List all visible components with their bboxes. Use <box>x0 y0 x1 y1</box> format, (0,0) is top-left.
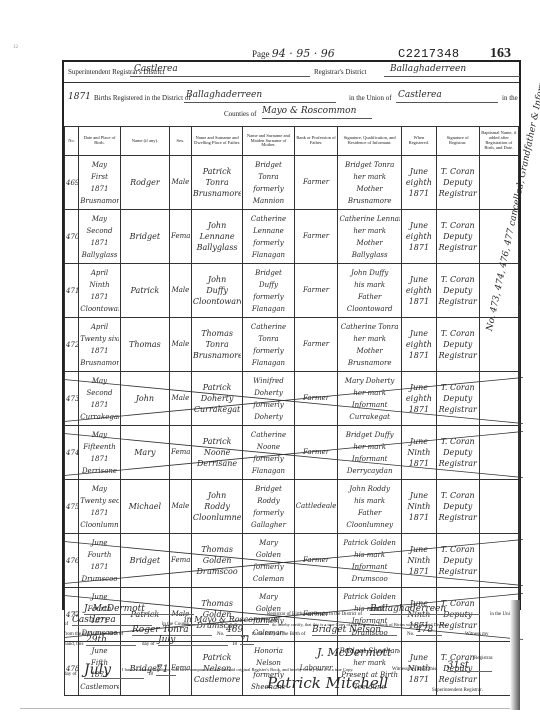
page-bottom-edge <box>20 708 520 709</box>
cert-to-name: Bridget Nelson <box>312 625 397 636</box>
birth-place: Derrisane <box>80 465 119 477</box>
column-headers: No.Date and Place of Birth.Name (if any)… <box>65 127 519 156</box>
cert-day: 29th <box>86 635 136 646</box>
cell-line: Registrar <box>438 350 478 361</box>
cell-line: Bridget Tonra <box>339 159 399 171</box>
cell-line: June <box>403 382 435 393</box>
cell-line: John <box>193 274 241 285</box>
birth-date-place: AprilNinth1871Cloontoward <box>79 264 121 318</box>
sex-text: Male <box>171 501 190 512</box>
entry-number: 475 <box>65 480 79 534</box>
cell-line: Duffy <box>193 285 241 296</box>
cert-district: Ballaghaderreen <box>370 604 480 615</box>
cell-line: 1871 <box>403 458 435 469</box>
registrar-signature: T. CoranDeputyRegistrar <box>436 318 479 372</box>
child-name: Mary <box>120 426 169 480</box>
cell-line: formerly <box>244 345 292 357</box>
column-header: Date and Place of Birth. <box>79 127 121 156</box>
cell-line: Second <box>80 387 119 399</box>
registrar-district-label: Registrar's District <box>314 68 366 76</box>
cell-line: April <box>80 321 119 333</box>
cell-line: Ballyglass <box>193 242 241 253</box>
mother: MaryGoldenformerlyColeman <box>243 534 294 588</box>
certificate-reference: C2217348 <box>398 47 460 61</box>
cell-line: T. Coran <box>438 328 478 339</box>
father-rank: Farmer <box>294 426 338 480</box>
cell-line: Catherine <box>244 429 292 441</box>
cell-line: her mark <box>339 171 399 183</box>
cell-line: Patrick <box>193 382 241 393</box>
cell-line: Golden <box>244 549 292 561</box>
baptismal-name <box>479 480 518 534</box>
cell-line: Noone <box>244 441 292 453</box>
father-rank: Farmer <box>294 318 338 372</box>
cell-line: 1871 <box>80 399 119 411</box>
child-name-text: Rodger <box>122 177 168 188</box>
cell-line: May <box>80 159 119 171</box>
cert-sup-year: 71 <box>156 664 176 676</box>
cell-line: John <box>193 490 241 501</box>
cell-line: Bridget <box>244 267 292 279</box>
cell-line: 1871 <box>403 296 435 307</box>
cell-line: T. Coran <box>438 382 478 393</box>
when-registered: Juneeighth1871 <box>401 264 436 318</box>
counties-label: Counties of <box>224 110 256 118</box>
births-registered-label: Births Registered in the District of <box>94 94 191 102</box>
entry-number: 469 <box>65 156 79 210</box>
cell-line: Doherty <box>193 393 241 404</box>
child-name: Rodger <box>120 156 169 210</box>
informant: John Duffyhis markFatherCloontoward <box>338 264 401 318</box>
cell-line: Informant <box>339 453 399 465</box>
cell-line: formerly <box>244 183 292 195</box>
cell-line: Derrycaydan <box>339 465 399 477</box>
birth-date-place: AprilTwenty sixth1871Brusnamore <box>79 318 121 372</box>
cell-line: John Duffy <box>339 267 399 279</box>
registrar-signature: T. CoranDeputyRegistrar <box>436 210 479 264</box>
cell-line: First <box>80 171 119 183</box>
cert-witness-label: Witness my <box>465 632 489 637</box>
cell-line: Drumscoo <box>193 566 241 577</box>
register-entry: 472AprilTwenty sixth1871BrusnamoreThomas… <box>65 318 519 372</box>
when-registered: Juneeighth1871 <box>401 156 436 210</box>
cell-line: his mark <box>339 549 399 561</box>
cell-line: T. Coran <box>438 220 478 231</box>
cert-registrar-signature: J. McDermott <box>317 646 437 659</box>
birth-date-place: MaySecond1871Ballyglass <box>79 210 121 264</box>
cell-line: Ninth <box>403 447 435 458</box>
cell-line: May <box>80 213 119 225</box>
cert-month: July <box>158 635 228 646</box>
sex: Female <box>170 534 192 588</box>
cell-line: Deputy <box>438 339 478 350</box>
cell-line: 1871 <box>403 188 435 199</box>
cell-line: T. Coran <box>438 490 478 501</box>
entry-number: 474 <box>65 426 79 480</box>
father-rank: Farmer <box>294 210 338 264</box>
cell-line: Patrick <box>193 166 241 177</box>
birth-register-form: Superintendent Registrar's District Cast… <box>62 60 521 610</box>
cell-line: June <box>403 328 435 339</box>
mother: BridgetRoddyformerlyGallagher <box>243 480 294 534</box>
cell-line: Derrisane <box>193 458 241 469</box>
child-name-text: Patrick <box>122 285 168 296</box>
cell-line: Fourth <box>80 549 119 561</box>
cell-line: 1871 <box>80 183 119 195</box>
cell-line: Patrick <box>193 436 241 447</box>
cell-line: Winifred <box>244 375 292 387</box>
entry-number: 472 <box>65 318 79 372</box>
cell-line: Thomas <box>193 544 241 555</box>
father: PatrickTonraBrusnamore <box>191 156 242 210</box>
when-registered: Juneeighth1871 <box>401 210 436 264</box>
cell-line: Twenty sixth <box>80 333 119 345</box>
sex-text: Female <box>171 231 190 242</box>
entry-number: 473 <box>65 372 79 426</box>
cell-line: T. Coran <box>438 436 478 447</box>
cell-line: Patrick Golden <box>339 591 399 603</box>
father: JohnRoddyCloonlumney <box>191 480 242 534</box>
when-registered: Juneeighth1871 <box>401 318 436 372</box>
rank-text: Farmer <box>296 339 337 350</box>
register-entry: 471AprilNinth1871CloontowardPatrickMaleJ… <box>65 264 519 318</box>
cell-line: eighth <box>403 285 435 296</box>
baptismal-name <box>479 426 518 480</box>
register-entry: 470MaySecond1871BallyglassBridgetFemaleJ… <box>65 210 519 264</box>
cell-line: Registrar <box>438 404 478 415</box>
cell-line: Flanagan <box>244 303 292 315</box>
father-rank: Farmer <box>294 534 338 588</box>
counties-value: Mayo & Roscommon <box>262 106 372 119</box>
cell-line: formerly <box>244 291 292 303</box>
cell-line: Thomas <box>193 328 241 339</box>
registrar-signature: T. CoranDeputyRegistrar <box>436 156 479 210</box>
register-entry: 476JuneFourth1871DrumscooBridgetFemaleTh… <box>65 534 519 588</box>
cell-line: her mark <box>339 441 399 453</box>
rank-text: Cattledealer <box>296 501 337 512</box>
birth-place: Drumscoo <box>80 573 119 585</box>
birth-date-place: MayTwenty second1871Cloonlumney <box>79 480 121 534</box>
entry-number: 470 <box>65 210 79 264</box>
child-name-text: Bridget <box>122 555 168 566</box>
sex-text: Female <box>171 555 190 566</box>
registrar-signature: T. CoranDeputyRegistrar <box>436 264 479 318</box>
cell-line: June <box>403 220 435 231</box>
registrar-signature: T. CoranDeputyRegistrar <box>436 372 479 426</box>
sex: Male <box>170 372 192 426</box>
page-edge <box>519 305 520 610</box>
cell-line: Ballyglass <box>339 249 399 261</box>
sex-text: Male <box>171 393 190 404</box>
column-header: Baptismal Name, if added after Registrat… <box>479 127 518 156</box>
child-name-text: Bridget <box>122 231 168 242</box>
cert-of-label: of <box>64 622 68 627</box>
cell-line: Ninth <box>403 555 435 566</box>
mother: CatherineLennaneformerlyFlanagan <box>243 210 294 264</box>
register-year: 1871 <box>68 92 91 102</box>
birth-place: Ballyglass <box>80 249 119 261</box>
rank-text: Farmer <box>296 555 337 566</box>
cell-line: June <box>403 436 435 447</box>
certificate-block: I, J. McDermott Registrar of Births and … <box>62 610 521 700</box>
baptismal-name <box>479 534 518 588</box>
informant: Catherine Tonraher markMotherBrusnamore <box>338 318 401 372</box>
father: PatrickDohertyCurrakegat <box>191 372 242 426</box>
rank-text: Farmer <box>296 285 337 296</box>
cert-day-of-label: day of <box>142 642 155 647</box>
in-the-label: in the <box>502 94 518 102</box>
cell-line: T. Coran <box>438 166 478 177</box>
cell-line: Tonra <box>244 171 292 183</box>
cell-line: 1871 <box>80 291 119 303</box>
rank-text: Farmer <box>296 231 337 242</box>
father: ThomasGoldenDrumscoo <box>191 534 242 588</box>
registrar-signature: T. CoranDeputyRegistrar <box>436 426 479 480</box>
cell-line: formerly <box>244 561 292 573</box>
margin-mark: 12 <box>13 45 18 50</box>
father-rank: Farmer <box>294 264 338 318</box>
cell-line: Registrar <box>438 512 478 523</box>
register-entry: 475MayTwenty second1871CloonlumneyMichae… <box>65 480 519 534</box>
cell-line: his mark <box>339 279 399 291</box>
cell-line: Flanagan <box>244 249 292 261</box>
register-entry: 473MaySecond1871CurrakegatJohnMalePatric… <box>65 372 519 426</box>
sex: Female <box>170 426 192 480</box>
cell-line: Catherine Tonra <box>339 321 399 333</box>
cell-line: 1871 <box>403 566 435 577</box>
child-name: Bridget <box>120 534 169 588</box>
cell-line: Doherty <box>244 411 292 423</box>
cell-line: Gallagher <box>244 519 292 531</box>
cert-sup-year-prefix: 18 <box>148 672 153 677</box>
page-label: Page <box>252 49 270 59</box>
child-name-text: John <box>122 393 168 404</box>
father: JohnDuffyCloontoward <box>191 264 242 318</box>
cell-line: Tonra <box>244 333 292 345</box>
cert-county: in Mayo & Roscommon <box>184 615 269 625</box>
cell-line: May <box>80 375 119 387</box>
page-value: 94 · 95 · 96 <box>272 47 335 60</box>
cell-line: John Roddy <box>339 483 399 495</box>
cell-line: Mary <box>244 537 292 549</box>
register-entry: 474MayFifteenth1871DerrisaneMaryFemalePa… <box>65 426 519 480</box>
cell-line: 1871 <box>80 345 119 357</box>
registrar-signature: T. CoranDeputyRegistrar <box>436 534 479 588</box>
mother: WinifredDohertyformerlyDoherty <box>243 372 294 426</box>
cell-line: Currakegat <box>193 404 241 415</box>
cell-line: Registrar <box>438 188 478 199</box>
mother: BridgetTonraformerlyMannion <box>243 156 294 210</box>
cell-line: Ninth <box>403 501 435 512</box>
cert-sup-month: July <box>84 662 144 679</box>
divider <box>64 82 519 83</box>
cell-line: 1871 <box>80 561 119 573</box>
rank-text: Farmer <box>296 393 337 404</box>
cert-hand-label: hand, this <box>64 642 83 647</box>
cell-line: Mother <box>339 345 399 357</box>
register-entry: 469MayFirst1871BrusnamoreRodgerMalePatri… <box>65 156 519 210</box>
cert-registrar-name: J. McDermott <box>84 604 194 615</box>
child-name: Patrick <box>120 264 169 318</box>
column-header: Signature of Registrar. <box>436 127 479 156</box>
father: JohnLennaneBallyglass <box>191 210 242 264</box>
birth-place: Brusnamore <box>80 357 119 369</box>
cell-line: 1871 <box>403 242 435 253</box>
cell-line: Bridget Duffy <box>339 429 399 441</box>
column-header: Signature, Qualification, and Residence … <box>338 127 401 156</box>
cell-line: her mark <box>339 333 399 345</box>
cell-line: eighth <box>403 393 435 404</box>
cert-to-entry-label: to the Entry of the Birth of <box>252 632 305 637</box>
cell-line: Catherine Lennane <box>339 213 399 225</box>
superintendent-district-value: Castlerea <box>130 64 310 77</box>
rank-text: Farmer <box>296 447 337 458</box>
cert-sup-day: 31st <box>447 660 492 672</box>
cell-line: 1871 <box>80 237 119 249</box>
column-header: No. <box>65 127 79 156</box>
informant: Bridget Tonraher markMotherBrusnamore <box>338 156 401 210</box>
cell-line: 1871 <box>403 404 435 415</box>
when-registered: JuneNinth1871 <box>401 426 436 480</box>
cell-line: Golden <box>193 555 241 566</box>
cert-superintendent-signature: Patrick Mitchell <box>267 674 417 692</box>
cell-line: June <box>80 537 119 549</box>
child-name-text: Michael <box>122 501 168 512</box>
cell-line: Lennane <box>244 225 292 237</box>
cell-line: Deputy <box>438 393 478 404</box>
informant: Catherine Lennaneher markMotherBallyglas… <box>338 210 401 264</box>
cert-to-no: 478 <box>416 625 442 636</box>
cell-line: 1871 <box>403 512 435 523</box>
cell-line: Brusnamore <box>193 350 241 361</box>
cell-line: Duffy <box>244 279 292 291</box>
cell-line: Drumscoo <box>339 573 399 585</box>
cell-line: Currakegat <box>339 411 399 423</box>
father: PatrickNooneDerrisane <box>191 426 242 480</box>
cert-no-label-2: No. <box>407 632 414 637</box>
birth-date-place: JuneFourth1871Drumscoo <box>79 534 121 588</box>
cell-line: Deputy <box>438 447 478 458</box>
cell-line: June <box>403 544 435 555</box>
cell-line: Patrick Golden <box>339 537 399 549</box>
cell-line: Brusnamore <box>339 195 399 207</box>
cell-line: her mark <box>339 387 399 399</box>
cell-line: eighth <box>403 177 435 188</box>
child-name: Michael <box>120 480 169 534</box>
cell-line: Deputy <box>438 231 478 242</box>
sex-text: Male <box>171 339 190 350</box>
column-header: Name and Surname and Maiden Surname of M… <box>243 127 294 156</box>
informant: Mary Dohertyher markInformantCurrakegat <box>338 372 401 426</box>
cell-line: T. Coran <box>438 274 478 285</box>
sex: Female <box>170 210 192 264</box>
cell-line: formerly <box>244 237 292 249</box>
cell-line: Mannion <box>244 195 292 207</box>
cert-sup-day-of-label: day of <box>64 672 77 677</box>
column-header: Name and Surname and Dwelling Place of F… <box>191 127 242 156</box>
cell-line: Registrar <box>438 296 478 307</box>
cell-line: May <box>80 483 119 495</box>
sex: Male <box>170 318 192 372</box>
child-name-text: Thomas <box>122 339 168 350</box>
when-registered: JuneNinth1871 <box>401 480 436 534</box>
sex: Male <box>170 264 192 318</box>
child-name-text: Mary <box>122 447 168 458</box>
cell-line: Tonra <box>193 339 241 350</box>
cell-line: formerly <box>244 507 292 519</box>
cell-line: Deputy <box>438 285 478 296</box>
sex: Male <box>170 480 192 534</box>
cell-line: Registrar <box>438 458 478 469</box>
cell-line: T. Coran <box>438 544 478 555</box>
cell-line: Brusnamore <box>193 188 241 199</box>
cell-line: Bridget <box>244 483 292 495</box>
cell-line: Father <box>339 291 399 303</box>
cell-line: Tonra <box>193 177 241 188</box>
cell-line: Fifteenth <box>80 441 119 453</box>
cert-year: 71 <box>240 635 254 645</box>
district-value: Ballaghaderreen <box>184 90 336 103</box>
column-header: Name (if any). <box>120 127 169 156</box>
cell-line: Twenty second <box>80 495 119 507</box>
father-rank: Cattledealer <box>294 480 338 534</box>
page-number: Page 94 · 95 · 96 <box>252 47 335 60</box>
column-header: Sex. <box>170 127 192 156</box>
cell-line: Registrar <box>438 566 478 577</box>
page-corner-shadow <box>510 600 520 710</box>
rank-text: Farmer <box>296 177 337 188</box>
cell-line: Deputy <box>438 501 478 512</box>
column-header: Rank or Profession of Father. <box>294 127 338 156</box>
cell-line: Doherty <box>244 387 292 399</box>
cell-line: Informant <box>339 399 399 411</box>
union-value: Castlerea <box>396 90 498 103</box>
baptismal-name <box>479 372 518 426</box>
cell-line: 1871 <box>403 350 435 361</box>
cell-line: Father <box>339 507 399 519</box>
mother: BridgetDuffyformerlyFlanagan <box>243 264 294 318</box>
when-registered: JuneNinth1871 <box>401 534 436 588</box>
cell-line: Cloontoward <box>339 303 399 315</box>
father-rank: Farmer <box>294 372 338 426</box>
cell-line: June <box>403 490 435 501</box>
informant: John Roddyhis markFatherCloonlumney <box>338 480 401 534</box>
father: ThomasTonraBrusnamore <box>191 318 242 372</box>
informant: Patrick Goldenhis markInformantDrumscoo <box>338 534 401 588</box>
cert-year-prefix: 18 <box>232 642 237 647</box>
sex: Male <box>170 156 192 210</box>
birth-place: Currakegat <box>80 411 119 423</box>
cell-line: Noone <box>193 447 241 458</box>
cell-line: Informant <box>339 561 399 573</box>
cell-line: Mother <box>339 237 399 249</box>
entry-number: 471 <box>65 264 79 318</box>
cert-superintendent-title: Superintendent Registrar. <box>432 688 483 693</box>
cell-line: eighth <box>403 339 435 350</box>
cert-witness-hand-label: Witness my hand, this <box>392 667 436 672</box>
child-name: Bridget <box>120 210 169 264</box>
cell-line: Cloonlumney <box>193 512 241 523</box>
registrar-signature: T. CoranDeputyRegistrar <box>436 480 479 534</box>
cell-line: Flanagan <box>244 465 292 477</box>
mother: CatherineNooneformerlyFlanagan <box>243 426 294 480</box>
cell-line: Flanagan <box>244 357 292 369</box>
cell-line: June <box>403 274 435 285</box>
cell-line: May <box>80 429 119 441</box>
cell-line: formerly <box>244 399 292 411</box>
cell-line: Cloonlumney <box>339 519 399 531</box>
cert-registrar-of-label: Registrar of Births and Deaths in the Di… <box>267 612 362 617</box>
